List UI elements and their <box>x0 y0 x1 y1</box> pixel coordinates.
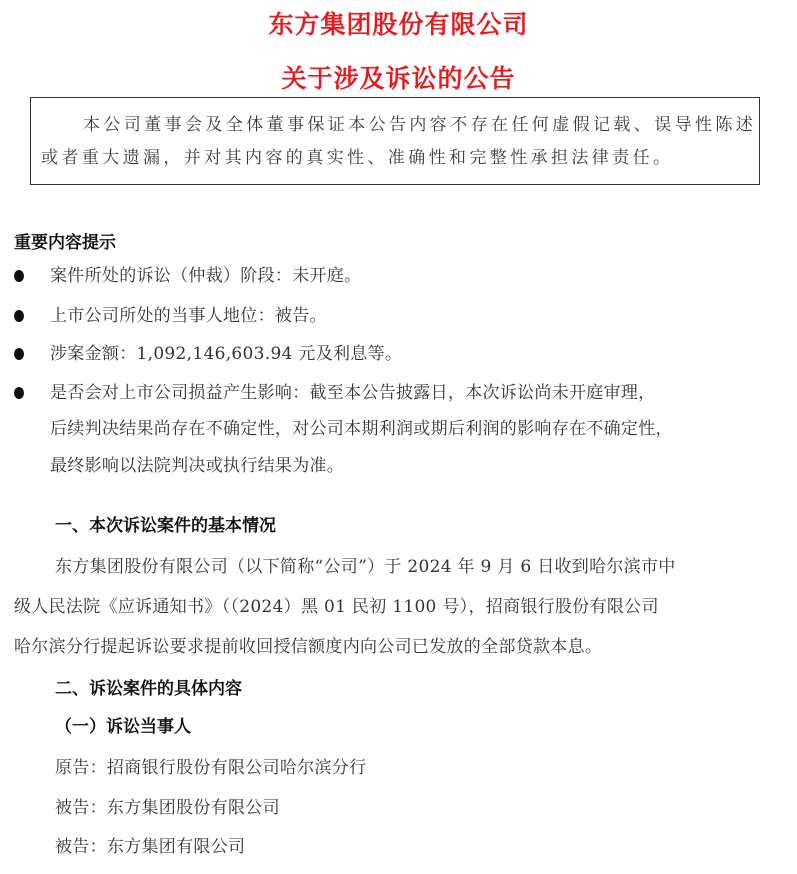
paragraph-line: 东方集团股份有限公司（以下简称“公司”）于 2024 年 9 月 6 日收到哈尔… <box>55 556 676 578</box>
company-title: 东方集团股份有限公司 <box>0 10 797 40</box>
party-defendant: 被告：东方集团有限公司 <box>55 836 245 858</box>
key-point-item-continuation: 后续判决结果尚存在不确定性，对公司本期利润或期后利润的影响存在不确定性， <box>50 418 673 440</box>
notice-title: 关于涉及诉讼的公告 <box>0 64 797 94</box>
disclaimer-line: 本公司董事会及全体董事保证本公告内容不存在任何虚假记载、误导性陈述 <box>83 114 756 136</box>
key-point-item-continuation: 最终影响以法院判决或执行结果为准。 <box>50 455 344 477</box>
section-one-heading: 一、本次诉讼案件的基本情况 <box>55 515 276 537</box>
bullet-icon <box>14 310 24 322</box>
bullet-icon <box>14 387 24 399</box>
disclaimer-box: 本公司董事会及全体董事保证本公告内容不存在任何虚假记载、误导性陈述 或者重大遗漏… <box>30 97 760 185</box>
section-two-heading: 二、诉讼案件的具体内容 <box>55 678 242 700</box>
key-point-item: 涉案金额：1,092,146,603.94 元及利息等。 <box>50 343 402 365</box>
bullet-icon <box>14 348 24 360</box>
party-defendant: 被告：东方集团股份有限公司 <box>55 797 280 819</box>
subsection-heading: （一）诉讼当事人 <box>55 716 191 738</box>
paragraph-line: 哈尔滨分行提起诉讼要求提前收回授信额度内向公司已发放的全部贷款本息。 <box>14 636 602 658</box>
paragraph-line: 级人民法院《应诉通知书》（（2024）黑 01 民初 1100 号），招商银行股… <box>14 596 659 618</box>
key-point-item: 上市公司所处的当事人地位：被告。 <box>50 305 327 327</box>
key-point-item: 案件所处的诉讼（仲裁）阶段：未开庭。 <box>50 265 361 287</box>
key-points-heading: 重要内容提示 <box>14 232 116 254</box>
bullet-icon <box>14 270 24 282</box>
key-point-item: 是否会对上市公司损益产生影响：截至本公告披露日，本次诉讼尚未开庭审理， <box>50 382 656 404</box>
party-plaintiff: 原告：招商银行股份有限公司哈尔滨分行 <box>55 757 366 779</box>
disclaimer-line: 或者重大遗漏，并对其内容的真实性、准确性和完整性承担法律责任。 <box>41 147 673 169</box>
